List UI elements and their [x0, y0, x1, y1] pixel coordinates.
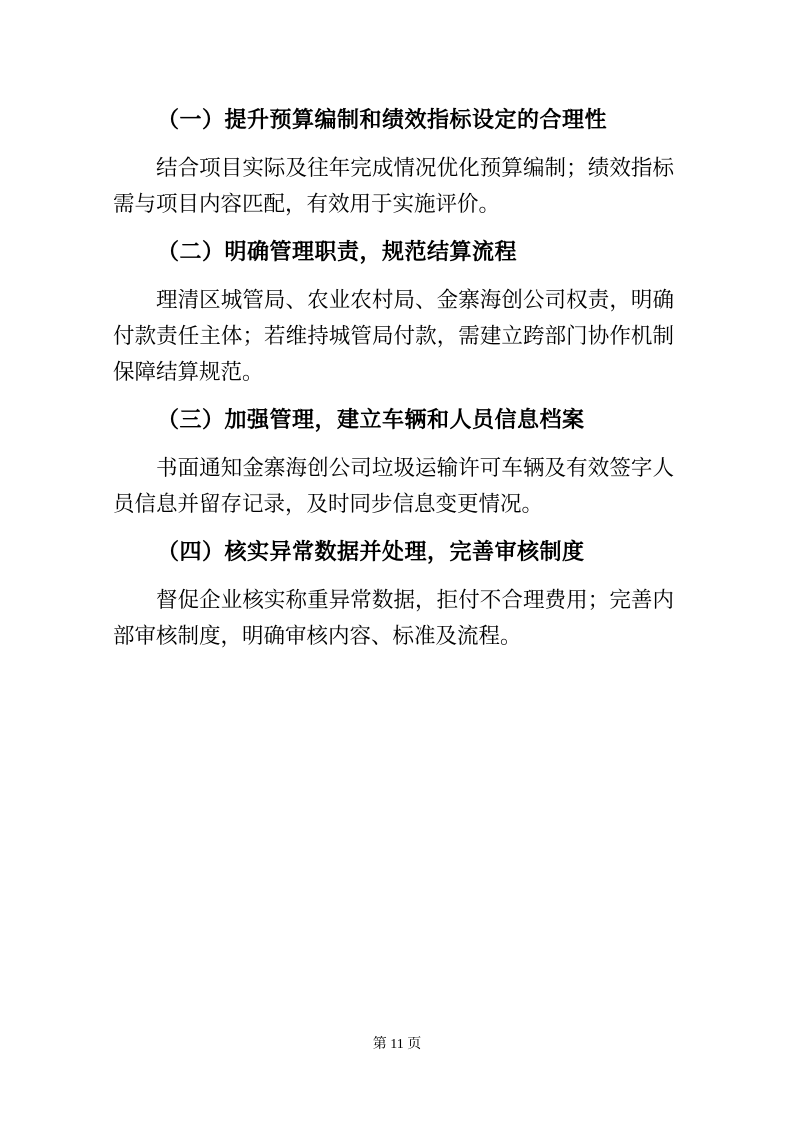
section-4-paragraph: 督促企业核实称重异常数据，拒付不合理费用；完善内部审核制度，明确审核内容、标准及… [113, 582, 674, 654]
section-1-paragraph: 结合项目实际及往年完成情况优化预算编制；绩效指标需与项目内容匹配，有效用于实施评… [113, 150, 674, 222]
section-2: （二）明确管理职责，规范结算流程 理清区城管局、农业农村局、金寨海创公司权责，明… [113, 234, 674, 390]
section-2-paragraph: 理清区城管局、农业农村局、金寨海创公司权责，明确付款责任主体；若维持城管局付款，… [113, 282, 674, 390]
section-3-paragraph: 书面通知金寨海创公司垃圾运输许可车辆及有效签字人员信息并留存记录，及时同步信息变… [113, 450, 674, 522]
page-number: 第 11 页 [0, 1038, 794, 1052]
document-page: （一）提升预算编制和绩效指标设定的合理性 结合项目实际及往年完成情况优化预算编制… [0, 0, 794, 1122]
section-4-heading: （四）核实异常数据并处理，完善审核制度 [113, 534, 674, 570]
section-3: （三）加强管理，建立车辆和人员信息档案 书面通知金寨海创公司垃圾运输许可车辆及有… [113, 402, 674, 522]
section-1-heading: （一）提升预算编制和绩效指标设定的合理性 [113, 102, 674, 138]
section-2-heading: （二）明确管理职责，规范结算流程 [113, 234, 674, 270]
section-4: （四）核实异常数据并处理，完善审核制度 督促企业核实称重异常数据，拒付不合理费用… [113, 534, 674, 654]
section-1: （一）提升预算编制和绩效指标设定的合理性 结合项目实际及往年完成情况优化预算编制… [113, 102, 674, 222]
section-3-heading: （三）加强管理，建立车辆和人员信息档案 [113, 402, 674, 438]
